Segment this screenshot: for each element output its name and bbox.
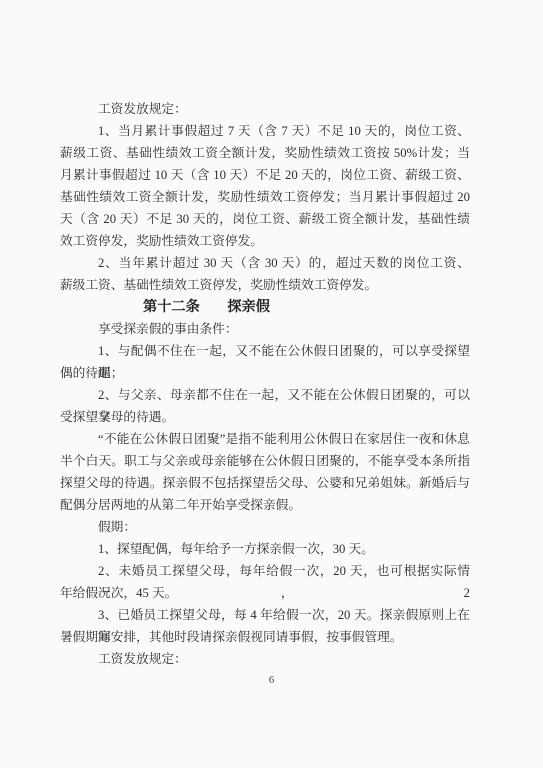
text-line: 月累计事假超过 10 天（含 10 天）不足 20 天的，岗位工资、薪级工资、 <box>60 164 470 186</box>
text-line: 受探望父母的待遇。 <box>60 406 470 428</box>
text-line: 2、当年累计超过 30 天（含 30 天）的，超过天数的岗位工资、 <box>60 252 470 274</box>
text-block: 工资发放规定： 1、当月累计事假超过 7 天（含 7 天）不足 10 天的，岗位… <box>60 98 470 670</box>
text-line: 暑假期间安排，其他时段请探亲假视同请事假，按事假管理。 <box>60 626 470 648</box>
text-line: “不能在公休假日团聚”是指不能利用公休假日在家居住一夜和休息 <box>60 428 470 450</box>
section-heading-title: 探亲假 <box>227 299 270 315</box>
text-line: 薪级工资、基础性绩效工资停发，奖励性绩效工资停发。 <box>60 274 470 296</box>
section-heading-number: 第十二条 <box>143 299 200 315</box>
page-number: 6 <box>0 674 543 686</box>
text-line: 配偶分居两地的从第二年开始享受探亲假。 <box>60 494 470 516</box>
text-line: 探望父母的待遇。探亲假不包括探望岳父母、公婆和兄弟姐妹。新婚后与 <box>60 472 470 494</box>
text-line: 3、已婚员工探望父母，每 4 年给假一次，20 天。探亲假原则上在寒 <box>60 604 470 626</box>
text-line: 1、当月累计事假超过 7 天（含 7 天）不足 10 天的，岗位工资、 <box>60 120 470 142</box>
text-line: 工资发放规定： <box>60 98 470 120</box>
text-line: 基础性绩效工资全额计发，奖励性绩效工资停发；当月累计事假超过 20 <box>60 186 470 208</box>
text-line: 半个白天。职工与父亲或母亲能够在公休假日团聚的，不能享受本条所指 <box>60 450 470 472</box>
text-line: 工资发放规定： <box>60 648 470 670</box>
text-line: 1、探望配偶，每年给予一方探亲假一次，30 天。 <box>60 538 470 560</box>
text-line: 偶的待遇； <box>60 362 470 384</box>
text-line: 假期： <box>60 516 470 538</box>
text-line: 1、与配偶不住在一起，又不能在公休假日团聚的，可以享受探望配 <box>60 340 470 362</box>
text-line: 2、与父亲、母亲都不住在一起，又不能在公休假日团聚的，可以享 <box>60 384 470 406</box>
text-line: 天（含 20 天）不足 30 天的，岗位工资、薪级工资全额计发，基础性绩 <box>60 208 470 230</box>
text-line: 享受探亲假的事由条件： <box>60 318 470 340</box>
document-page: 工资发放规定： 1、当月累计事假超过 7 天（含 7 天）不足 10 天的，岗位… <box>0 0 543 768</box>
text-line: 效工资停发，奖励性绩效工资停发。 <box>60 230 470 252</box>
section-heading: 第十二条 探亲假 <box>60 296 470 318</box>
text-line: 2、未婚员工探望父母，每年给假一次，20 天，也可根据实际情况，2 <box>60 560 470 582</box>
text-line: 薪级工资、基础性绩效工资全额计发，奖励性绩效工资按 50%计发；当 <box>60 142 470 164</box>
